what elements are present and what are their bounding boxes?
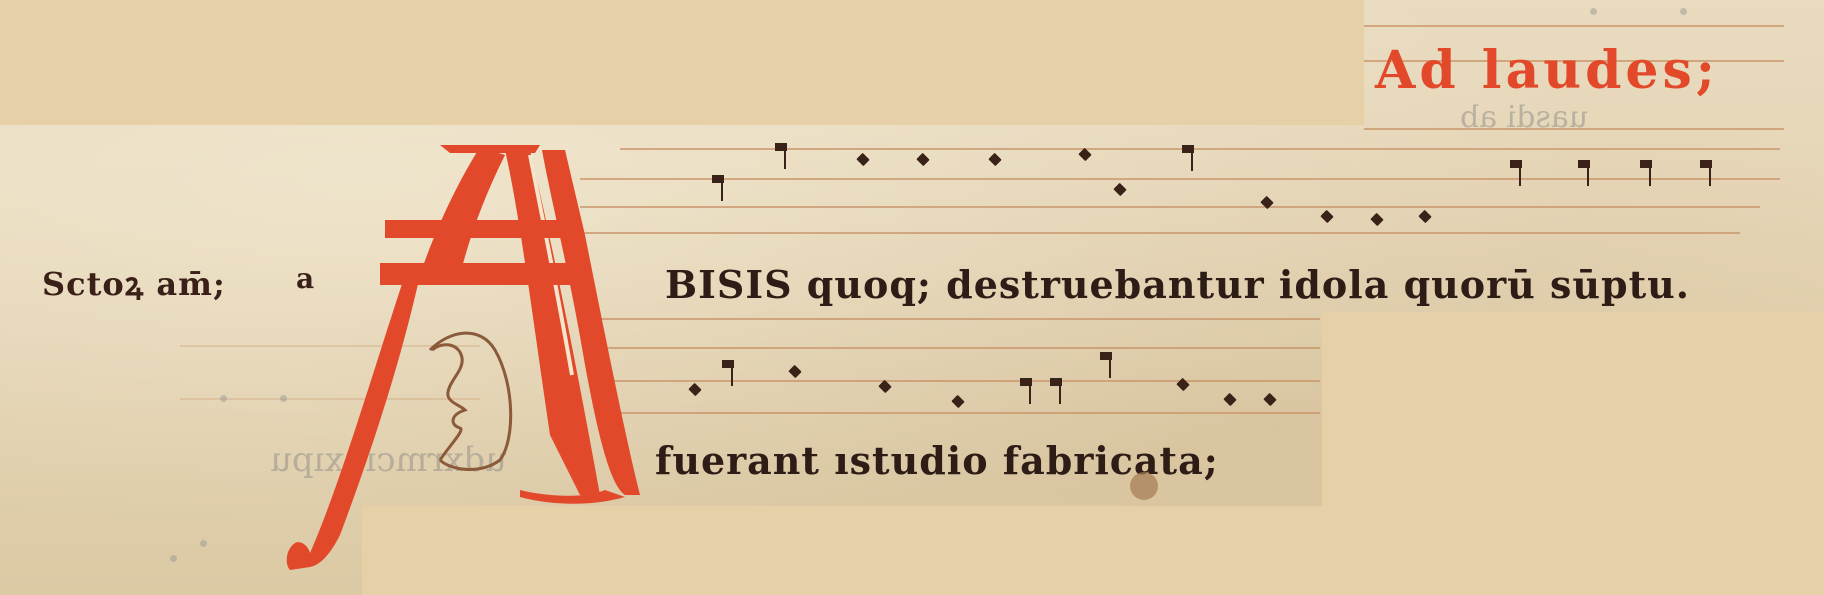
neume (1578, 160, 1590, 186)
neume (1700, 160, 1712, 186)
staff-line (580, 232, 1740, 234)
neume (1182, 145, 1194, 171)
neume (1020, 378, 1032, 404)
rubric-heading: Ad laudes; (1375, 40, 1719, 101)
chant-text-line: BISIS quoq; destruebantur idola quorū sū… (665, 262, 1690, 307)
staff-line (600, 412, 1320, 414)
ghost-neume (1680, 8, 1687, 15)
staff-line (620, 148, 1780, 150)
neume (1050, 378, 1062, 404)
ghost-neume (1590, 8, 1597, 15)
staff-line (600, 347, 1320, 349)
staff-line (580, 178, 1780, 180)
staff-line (580, 206, 1760, 208)
empty-region-bottom (362, 506, 1322, 595)
neume (712, 175, 724, 201)
show-through-text: uasdi ab (1460, 100, 1588, 135)
neume (722, 360, 734, 386)
neume (1510, 160, 1522, 186)
staff-line (1364, 25, 1784, 27)
neume (775, 143, 787, 169)
ghost-neume (170, 555, 177, 562)
ghost-neume (220, 395, 227, 402)
ink-stain (1130, 472, 1158, 500)
neume (1640, 160, 1652, 186)
empty-region-top (0, 0, 1364, 125)
ghost-neume (200, 540, 207, 547)
staff-line (600, 318, 1320, 320)
margin-label: Sctoꝝ am̄; (42, 262, 226, 305)
staff-line (600, 380, 1320, 382)
empty-region-right (1322, 312, 1824, 595)
marginal-annotation (420, 310, 530, 480)
neume (1100, 352, 1112, 378)
